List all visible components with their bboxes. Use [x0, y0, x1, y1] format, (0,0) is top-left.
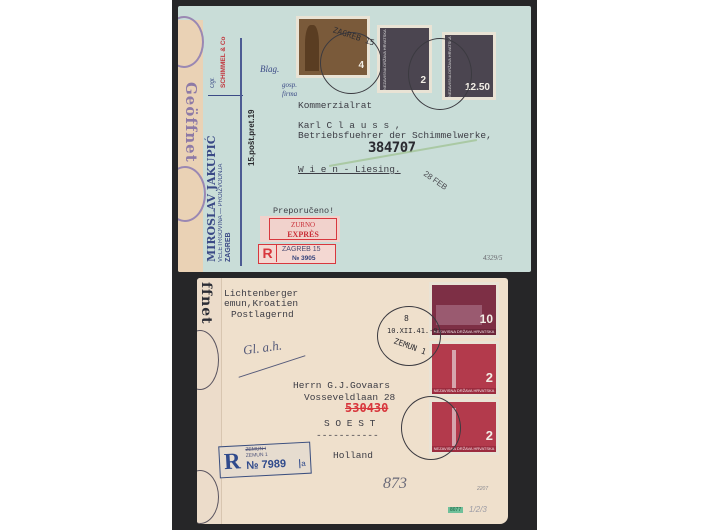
censor-seal-lower [197, 470, 219, 524]
salutation-blag: Blag. [260, 64, 279, 74]
cathedral-illustration [452, 350, 456, 388]
registration-label: R ZEMUN I ZEMUN 1 № 7989 a [218, 442, 312, 479]
sender-line-2: emun,Kroatien [224, 298, 298, 309]
destination-city: W i e n - Liesing. [298, 164, 401, 175]
postmark-zemun-1 [377, 306, 441, 366]
registration-label: R ZAGREB 15 № 3905 [258, 244, 336, 264]
landscape-illustration [436, 305, 482, 325]
green-stamp: 8077 [448, 507, 463, 513]
recipient-name: Herrn G.J.Govaars [293, 380, 390, 391]
censor-seal-lower [178, 166, 206, 222]
express-label-bg: ZURNO EXPRÈS [260, 216, 340, 242]
sender-city: ZAGREB [225, 166, 232, 262]
pencil-note: 1/2/3 [469, 505, 487, 514]
ogl-label: Ogl. [210, 48, 216, 88]
recipient-title: Kommerzialrat [298, 100, 372, 111]
censor-tape: ffnet [197, 278, 222, 524]
stamp-2-kuna-1: 2 NEZAVISNA DRŽAVA HRVATSKA [429, 341, 499, 397]
censor-tape: Geöffnet [178, 20, 203, 272]
sender-divider [208, 95, 243, 96]
signature-underline [239, 355, 306, 378]
pencil-note-small: 2207 [477, 486, 488, 492]
censor-seal-upper [178, 16, 204, 68]
destination-country: Holland [333, 450, 373, 461]
censor-seal-upper [197, 330, 219, 390]
palm-tree-illustration [305, 25, 319, 71]
express-label: ZURNO EXPRÈS [269, 218, 337, 240]
partner-name: SCHIMMEL & Co [220, 32, 227, 88]
postmark-zemun-2 [401, 396, 461, 460]
pencil-number: 873 [383, 475, 407, 493]
destination-city: S O E S T [324, 418, 375, 429]
postmark-zagreb-2 [408, 38, 472, 110]
salutation-gosp: gosp. [282, 81, 297, 89]
crossed-reference-number: 530430 [345, 401, 388, 415]
envelope-top: Geöffnet MIROSLAV JAKUPIĆ VELETRGOVINA —… [178, 6, 531, 272]
sender-business: VELETRGOVINA — PROIZVODNJA [218, 102, 224, 262]
sender-address: 15.pošt.pret.19 [247, 102, 256, 166]
signature: Gl. a.h. [242, 337, 283, 358]
city-divider: ----------- [316, 430, 379, 441]
salutation-firma: firma [282, 90, 297, 98]
sender-name: MIROSLAV JAKUPIĆ [205, 102, 218, 262]
pencil-note: 4329/5 [483, 254, 502, 262]
censor-tape-text: ffnet [198, 282, 214, 325]
arrival-stamp: 28 FEB [422, 169, 449, 192]
sender-line-3: Postlagernd [231, 309, 294, 320]
vertical-rule [240, 38, 242, 266]
envelope-bottom: ffnet Lichtenberger emun,Kroatien Postla… [197, 278, 508, 524]
censor-tape-text: Geöffnet [182, 82, 200, 163]
